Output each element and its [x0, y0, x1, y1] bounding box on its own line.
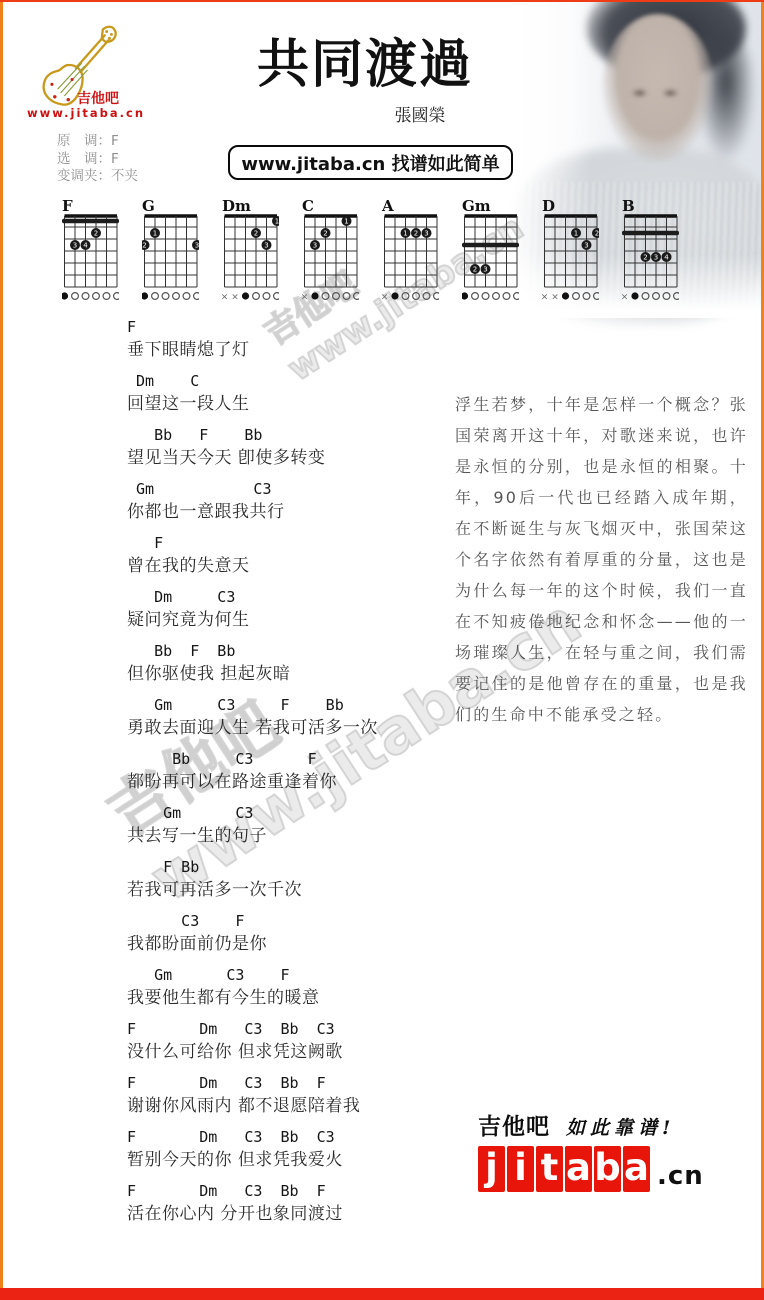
svg-text:1: 1	[574, 230, 578, 238]
svg-text:×: ×	[622, 292, 628, 302]
lyric-line: 活在你心内 分开也象同渡过	[127, 1202, 477, 1226]
lyric-line: 暂别今天的你 但求凭我爱火	[127, 1148, 477, 1172]
lyric-line: 但你驱使我 担起灰暗	[127, 662, 477, 686]
lyric-line: 回望这一段人生	[127, 392, 477, 416]
lyric-pair: F垂下眼睛熄了灯	[127, 316, 477, 370]
svg-text:3: 3	[73, 242, 77, 250]
chord-name-label: C	[302, 197, 359, 212]
chord-line: Bb F Bb	[127, 424, 477, 446]
lyric-pair: Dm C回望这一段人生	[127, 370, 477, 424]
lyric-pair: Gm C3 F我要他生都有今生的暖意	[127, 964, 477, 1018]
chord-grid: 123××	[222, 212, 279, 306]
lyric-line: 勇敢去面迎人生 若我可活多一次	[127, 716, 477, 740]
svg-text:2: 2	[142, 242, 146, 250]
svg-text:×: ×	[382, 292, 388, 302]
chord-diagram-Gm: Gm23	[462, 197, 519, 306]
footer-letter-block: j	[478, 1146, 505, 1192]
chord-line: C3 F	[127, 910, 477, 932]
svg-text:2: 2	[643, 254, 647, 262]
svg-text:2: 2	[595, 230, 599, 238]
lyric-line: 共去写一生的句子	[127, 824, 477, 848]
chord-diagram-D: D123××	[542, 197, 599, 306]
svg-text:3: 3	[584, 242, 588, 250]
lyric-pair: F Dm C3 Bb C3没什么可给你 但求凭这阙歌	[127, 1018, 477, 1072]
chord-diagram-F: F234	[62, 197, 119, 306]
footer-letter-block: b	[594, 1146, 621, 1192]
lyric-line: 你都也一意跟我共行	[127, 500, 477, 524]
svg-text:3: 3	[483, 266, 487, 274]
svg-text:3: 3	[313, 242, 317, 250]
svg-text:×: ×	[551, 292, 559, 302]
lyric-pair: F Dm C3 Bb F谢谢你风雨内 都不退愿陪着我	[127, 1072, 477, 1126]
song-title: 共同渡過	[0, 22, 730, 97]
svg-text:2: 2	[254, 230, 258, 238]
lyric-pair: F Dm C3 Bb F活在你心内 分开也象同渡过	[127, 1180, 477, 1234]
footer-letter-block: t	[536, 1146, 563, 1192]
chord-line: Gm C3 F Bb	[127, 694, 477, 716]
lyric-pair: Dm C3疑问究竟为何生	[127, 586, 477, 640]
chord-grid: 123×	[382, 212, 439, 306]
chord-line: Gm C3 F	[127, 964, 477, 986]
chord-line: F	[127, 316, 477, 338]
chord-diagram-row: F234G123Dm123××C123×A123×Gm23D123××B234×	[62, 197, 679, 306]
key-info-row: 变调夹：不夹	[57, 168, 138, 186]
svg-text:×: ×	[302, 292, 308, 302]
svg-text:4: 4	[664, 254, 669, 262]
svg-text:1: 1	[344, 218, 348, 226]
lyric-line: 没什么可给你 但求凭这阙歌	[127, 1040, 477, 1064]
svg-text:3: 3	[654, 254, 658, 262]
footer-letter-block: a	[623, 1146, 650, 1192]
page-border-left	[0, 0, 3, 1300]
page-border-bottom	[0, 1288, 764, 1300]
chord-line: Gm C3	[127, 478, 477, 500]
lyric-line: 谢谢你风雨内 都不退愿陪着我	[127, 1094, 477, 1118]
chord-name-label: A	[382, 197, 439, 212]
chord-grid: 123	[142, 212, 199, 306]
lyric-pair: Bb F Bb望见当天今天 卽使多转变	[127, 424, 477, 478]
key-info: 原 调：F选 调：F变调夹：不夹	[57, 133, 138, 186]
chord-line: F Bb	[127, 856, 477, 878]
chord-grid: 123×	[302, 212, 359, 306]
slogan-banner[interactable]: www.jitaba.cn 找谱如此简单	[228, 145, 513, 180]
svg-text:3: 3	[424, 230, 428, 238]
svg-text:2: 2	[94, 230, 98, 238]
lyric-line: 都盼再可以在路途重逢着你	[127, 770, 477, 794]
lyric-pair: F曾在我的失意天	[127, 532, 477, 586]
chord-name-label: F	[62, 197, 119, 212]
chord-diagram-G: G123	[142, 197, 199, 306]
chord-line: Dm C	[127, 370, 477, 392]
chord-diagram-Dm: Dm123××	[222, 197, 279, 306]
lyric-pair: Gm C3你都也一意跟我共行	[127, 478, 477, 532]
lyric-line: 我都盼面前仍是你	[127, 932, 477, 956]
lyric-pair: Gm C3共去写一生的句子	[127, 802, 477, 856]
lyric-pair: Gm C3 F Bb勇敢去面迎人生 若我可活多一次	[127, 694, 477, 748]
lyrics-block: F垂下眼睛熄了灯 Dm C回望这一段人生 Bb F Bb望见当天今天 卽使多转变…	[127, 316, 477, 1234]
lyric-pair: F Dm C3 Bb C3暂别今天的你 但求凭我爱火	[127, 1126, 477, 1180]
key-info-row: 原 调：F	[57, 133, 138, 151]
page-border-top	[0, 0, 764, 2]
chord-grid: 234	[62, 212, 119, 306]
chord-diagram-A: A123×	[382, 197, 439, 306]
svg-text:1: 1	[403, 230, 407, 238]
chord-line: F Dm C3 Bb F	[127, 1180, 477, 1202]
chord-line: F	[127, 532, 477, 554]
footer-logo: 吉他吧 如此靠谱! jitaba.cn	[478, 1108, 704, 1192]
footer-letter-blocks: jitaba.cn	[478, 1146, 704, 1192]
chord-line: Gm C3	[127, 802, 477, 824]
lyric-line: 曾在我的失意天	[127, 554, 477, 578]
lyric-line: 疑问究竟为何生	[127, 608, 477, 632]
lyric-pair: Bb F Bb但你驱使我 担起灰暗	[127, 640, 477, 694]
chord-name-label: Dm	[222, 197, 279, 212]
chord-grid: 23	[462, 212, 519, 306]
lyric-line: 我要他生都有今生的暖意	[127, 986, 477, 1010]
svg-text:×: ×	[231, 292, 239, 302]
artist-name: 張國榮	[76, 101, 764, 126]
key-info-row: 选 调：F	[57, 151, 138, 169]
footer-domain-suffix: .cn	[657, 1163, 704, 1192]
svg-text:2: 2	[323, 230, 327, 238]
lyric-line: 若我可再活多一次千次	[127, 878, 477, 902]
svg-text:×: ×	[222, 292, 228, 302]
svg-text:×: ×	[542, 292, 548, 302]
svg-text:1: 1	[275, 218, 279, 226]
chord-name-label: Gm	[462, 197, 519, 212]
chord-name-label: B	[622, 197, 679, 212]
svg-text:4: 4	[83, 242, 88, 250]
footer-brand-slogan: 如此靠谱!	[566, 1113, 675, 1140]
chord-name-label: D	[542, 197, 599, 212]
chord-line: F Dm C3 Bb C3	[127, 1018, 477, 1040]
footer-letter-block: a	[565, 1146, 592, 1192]
chord-grid: 234×	[622, 212, 679, 306]
svg-text:2: 2	[473, 266, 477, 274]
lyric-line: 望见当天今天 卽使多转变	[127, 446, 477, 470]
chord-line: Dm C3	[127, 586, 477, 608]
lyric-pair: C3 F我都盼面前仍是你	[127, 910, 477, 964]
chord-diagram-C: C123×	[302, 197, 359, 306]
chord-sheet-page: 吉他吧www.jitaba.cn吉他吧www.jitaba.cn 吉他吧 www…	[0, 0, 764, 1300]
chord-diagram-B: B234×	[622, 197, 679, 306]
chord-grid: 123××	[542, 212, 599, 306]
lyric-pair: Bb C3 F都盼再可以在路途重逢着你	[127, 748, 477, 802]
chord-line: F Dm C3 Bb F	[127, 1072, 477, 1094]
chord-line: Bb C3 F	[127, 748, 477, 770]
chord-line: F Dm C3 Bb C3	[127, 1126, 477, 1148]
svg-text:2: 2	[414, 230, 418, 238]
svg-text:1: 1	[153, 230, 157, 238]
lyric-line: 垂下眼睛熄了灯	[127, 338, 477, 362]
chord-name-label: G	[142, 197, 199, 212]
footer-letter-block: i	[507, 1146, 534, 1192]
footer-brand-name: 吉他吧	[478, 1108, 550, 1141]
lyric-pair: F Bb若我可再活多一次千次	[127, 856, 477, 910]
svg-text:3: 3	[195, 242, 199, 250]
memorial-note: 浮生若梦，十年是怎样一个概念？张国荣离开这十年，对歌迷来说，也许是永恒的分别，也…	[455, 389, 748, 730]
svg-text:3: 3	[264, 242, 268, 250]
chord-line: Bb F Bb	[127, 640, 477, 662]
